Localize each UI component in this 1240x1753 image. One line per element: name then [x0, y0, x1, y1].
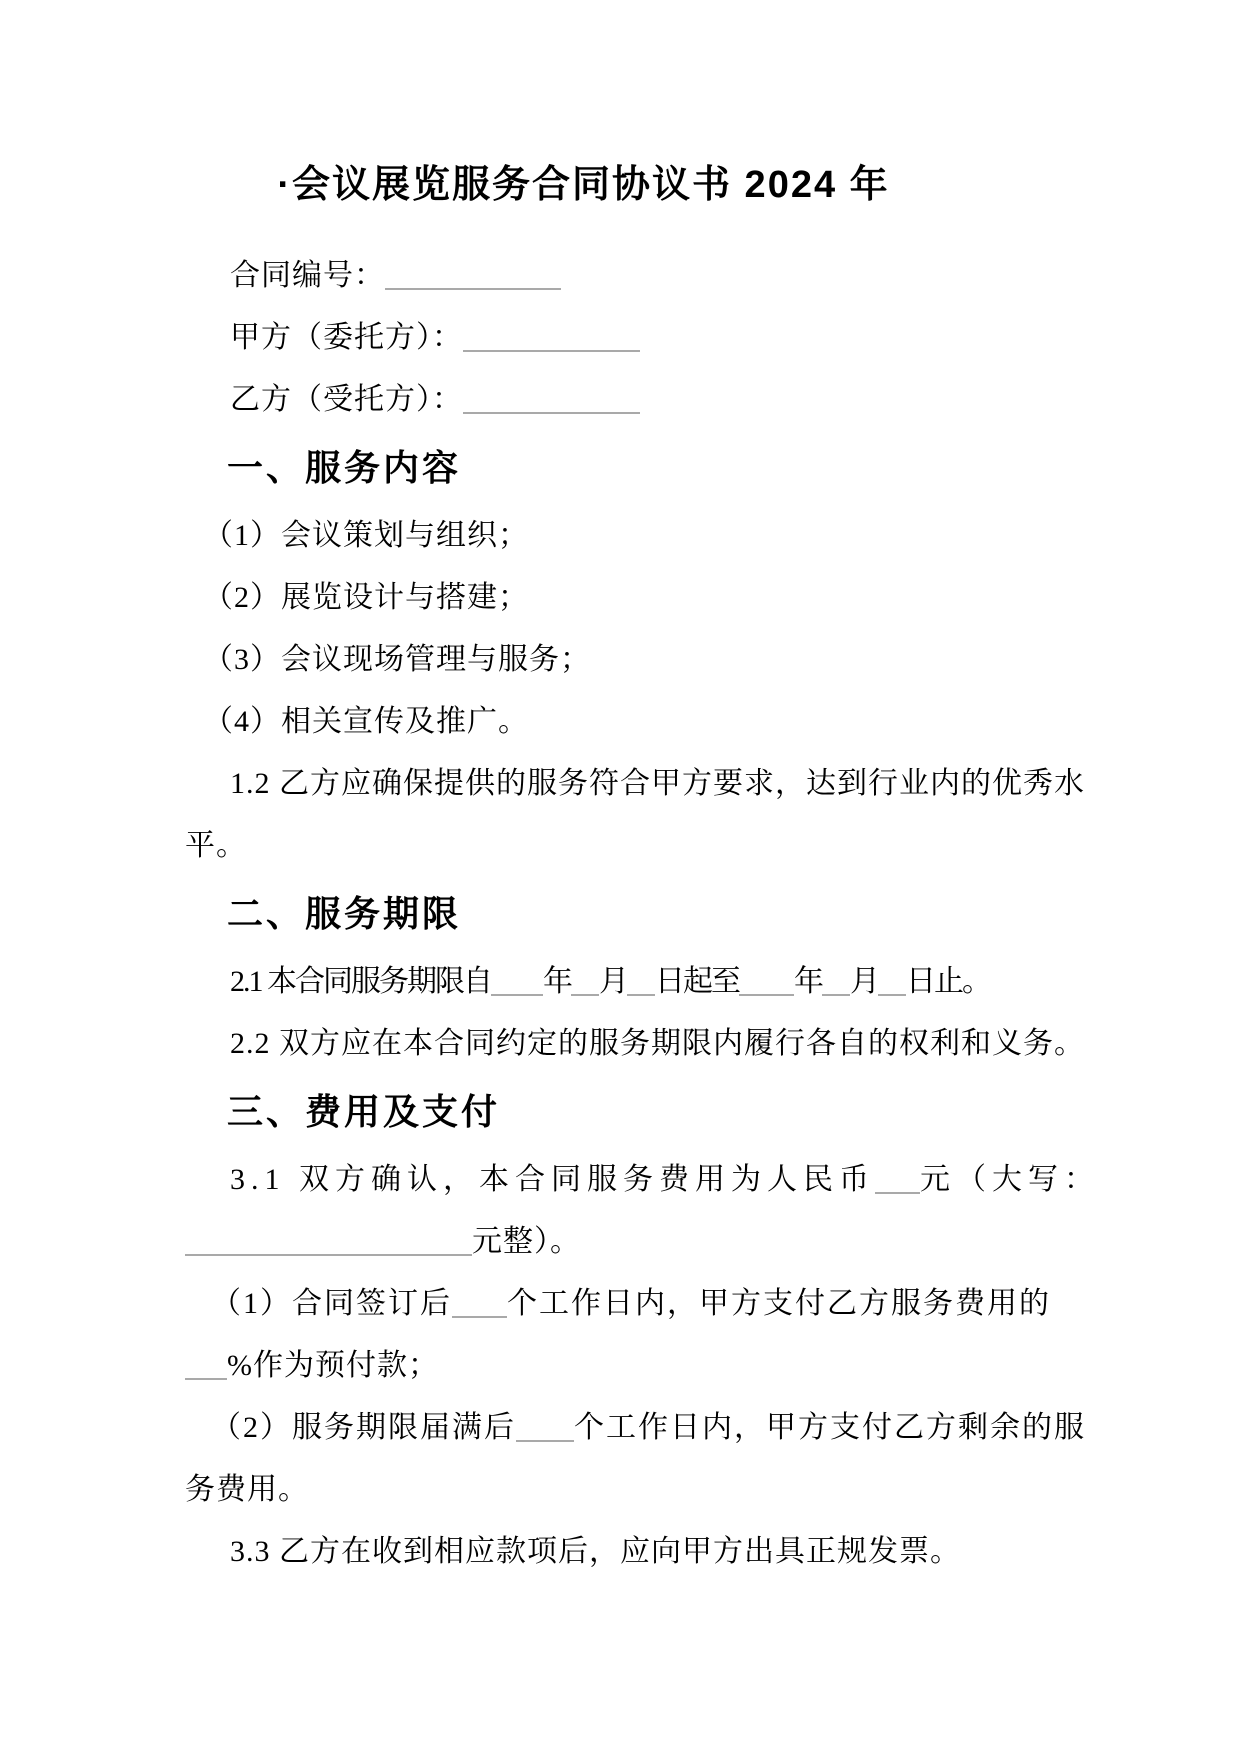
- text-run: （2）服务期限届满后: [211, 1411, 516, 1444]
- clause-2-2: 2.2 双方应在本合同约定的服务期限内履行各自的权利和义务。: [185, 1013, 1240, 1075]
- document-title: ·会议展览服务合同协议书 2024 年: [147, 150, 1020, 220]
- text-run: 月: [599, 965, 627, 998]
- text-run: 合同编号：: [230, 259, 385, 292]
- service-item-3: （3）会议现场管理与服务；: [185, 629, 1240, 691]
- text-run: 年: [794, 965, 822, 998]
- text-run: 月: [850, 965, 878, 998]
- section-3-heading: 三、费用及支付: [185, 1075, 1240, 1149]
- party-b-line: 乙方（受托方）：: [185, 369, 1240, 431]
- clause-1-2-line-2: 平。: [185, 815, 1240, 877]
- text-run: 务费用。: [185, 1473, 309, 1506]
- fill-in-blank: [878, 964, 906, 996]
- contract-page: ·会议展览服务合同协议书 2024 年 合同编号：甲方（委托方）：乙方（受托方）…: [0, 0, 1240, 1753]
- text-run: 一、服务内容: [227, 447, 461, 488]
- service-item-2: （2）展览设计与搭建；: [185, 567, 1240, 629]
- document-body: 合同编号：甲方（委托方）：乙方（受托方）：一、服务内容（1）会议策划与组织；（2…: [185, 245, 1240, 1583]
- text-run: （3）会议现场管理与服务；: [203, 643, 591, 676]
- fill-in-blank: [739, 964, 794, 996]
- party-a-line: 甲方（委托方）：: [185, 307, 1240, 369]
- service-item-1: （1）会议策划与组织；: [185, 505, 1240, 567]
- text-run: 元整）。: [472, 1225, 581, 1258]
- fill-in-blank: [463, 382, 640, 414]
- text-run: 日起至: [655, 965, 739, 998]
- payment-item-2-line-1: （2）服务期限届满后个工作日内，甲方支付乙方剩余的服: [185, 1397, 1240, 1459]
- text-run: 个工作日内，甲方支付乙方剩余的服: [574, 1411, 1086, 1444]
- text-run: （1）会议策划与组织；: [203, 519, 529, 552]
- fill-in-blank: [185, 1224, 472, 1256]
- text-run: 3.3 乙方在收到相应款项后，应向甲方出具正规发票。: [230, 1535, 961, 1568]
- text-run: （1）合同签订后: [211, 1287, 452, 1320]
- text-run: 日止。: [906, 965, 990, 998]
- payment-item-1-line-1: （1）合同签订后个工作日内，甲方支付乙方服务费用的: [185, 1273, 1240, 1335]
- payment-item-1-line-2: %作为预付款；: [185, 1335, 1240, 1397]
- fill-in-blank: [516, 1410, 574, 1442]
- fill-in-blank: [385, 258, 561, 290]
- clause-2-1: 2.1 本合同服务期限自年月日起至年月日止。: [185, 951, 1240, 1013]
- payment-item-2-line-2: 务费用。: [185, 1459, 1240, 1521]
- clause-1-2-line-1: 1.2 乙方应确保提供的服务符合甲方要求，达到行业内的优秀水: [185, 753, 1240, 815]
- contract-number-line: 合同编号：: [185, 245, 1240, 307]
- clause-3-3: 3.3 乙方在收到相应款项后，应向甲方出具正规发票。: [185, 1521, 1240, 1583]
- text-run: （2）展览设计与搭建；: [203, 581, 529, 614]
- section-1-heading: 一、服务内容: [185, 431, 1240, 505]
- text-run: 2.1 本合同服务期限自: [230, 965, 491, 998]
- fill-in-blank: [491, 964, 543, 996]
- fill-in-blank: [452, 1286, 507, 1318]
- text-run: 元（大写：: [920, 1163, 1100, 1196]
- text-run: 平。: [185, 829, 247, 862]
- fill-in-blank: [822, 964, 850, 996]
- clause-3-1-line-1: 3.1 双方确认，本合同服务费用为人民币元（大写：: [185, 1149, 1240, 1211]
- fill-in-blank: [571, 964, 599, 996]
- fill-in-blank: [627, 964, 655, 996]
- fill-in-blank: [875, 1162, 920, 1194]
- text-run: （4）相关宣传及推广。: [203, 705, 529, 738]
- text-run: 甲方（委托方）：: [230, 321, 463, 354]
- text-run: 2.2 双方应在本合同约定的服务期限内履行各自的权利和义务。: [230, 1027, 1085, 1060]
- clause-3-1-line-2: 元整）。: [185, 1211, 1240, 1273]
- text-run: 二、服务期限: [227, 893, 461, 934]
- text-run: 三、费用及支付: [227, 1091, 500, 1132]
- fill-in-blank: [185, 1348, 227, 1380]
- text-run: 1.2 乙方应确保提供的服务符合甲方要求，达到行业内的优秀水: [230, 767, 1085, 800]
- section-2-heading: 二、服务期限: [185, 877, 1240, 951]
- text-run: 个工作日内，甲方支付乙方服务费用的: [507, 1287, 1051, 1320]
- text-run: 3.1 双方确认，本合同服务费用为人民币: [230, 1163, 875, 1196]
- service-item-4: （4）相关宣传及推广。: [185, 691, 1240, 753]
- text-run: 年: [543, 965, 571, 998]
- fill-in-blank: [463, 320, 640, 352]
- text-run: %作为预付款；: [227, 1349, 439, 1382]
- text-run: 乙方（受托方）：: [230, 383, 463, 416]
